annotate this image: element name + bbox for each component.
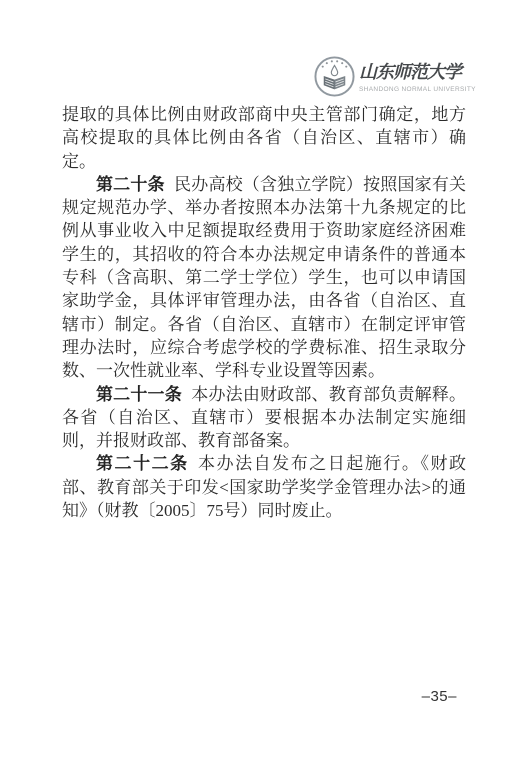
page-number: –35– [422, 688, 457, 705]
paragraph-text: 提取的具体比例由财政部商中央主管部门确定，地方高校提取的具体比例由各省（自治区、… [62, 105, 466, 171]
paragraph-article-22: 第二十二条本办法自发布之日起施行。《财政部、教育部关于印发<国家助学奖学金管理办… [62, 452, 466, 522]
document-body: 提取的具体比例由财政部商中央主管部门确定，地方高校提取的具体比例由各省（自治区、… [62, 103, 466, 522]
paragraph-continuation: 提取的具体比例由财政部商中央主管部门确定，地方高校提取的具体比例由各省（自治区、… [62, 103, 466, 173]
article-number: 第二十二条 [96, 454, 189, 473]
article-number: 第二十条 [96, 175, 165, 194]
university-seal-icon [314, 56, 355, 97]
document-page: 山东师范大学 SHANDONG NORMAL UNIVERSITY 提取的具体比… [0, 0, 525, 768]
university-name-english: SHANDONG NORMAL UNIVERSITY [359, 86, 461, 93]
university-name-chinese: 山东师范大学 [359, 61, 461, 85]
paragraph-text: 民办高校（含独立学院）按照国家有关规定规范办学、举办者按照本办法第十九条规定的比… [62, 175, 466, 380]
article-number: 第二十一条 [96, 385, 182, 404]
university-logo-text: 山东师范大学 SHANDONG NORMAL UNIVERSITY [359, 61, 461, 93]
paragraph-article-21: 第二十一条本办法由财政部、教育部负责解释。各省（自治区、直辖市）要根据本办法制定… [62, 383, 466, 453]
paragraph-article-20: 第二十条民办高校（含独立学院）按照国家有关规定规范办学、举办者按照本办法第十九条… [62, 173, 466, 383]
university-logo: 山东师范大学 SHANDONG NORMAL UNIVERSITY [314, 56, 461, 97]
